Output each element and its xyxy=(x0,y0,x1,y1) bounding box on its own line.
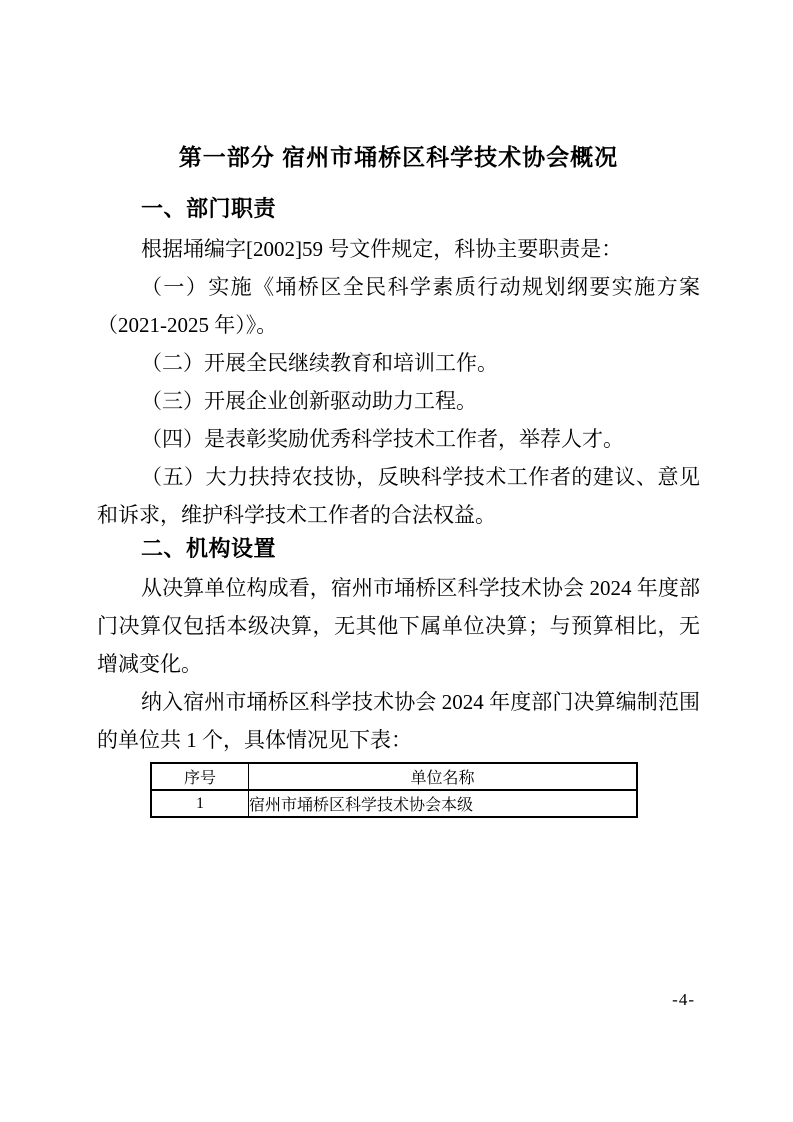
document-title: 第一部分 宿州市埇桥区科学技术协会概况 xyxy=(97,143,700,171)
table-header-seq: 序号 xyxy=(151,763,249,790)
paragraph-duty-2: （二）开展全民继续教育和培训工作。 xyxy=(97,344,700,382)
page-number: -4- xyxy=(672,989,695,1011)
paragraph-duties-intro: 根据埇编字[2002]59 号文件规定，科协主要职责是： xyxy=(97,230,700,268)
paragraph-duty-4: （四）是表彰奖励优秀科学技术工作者，举荐人才。 xyxy=(97,420,700,458)
paragraph-structure-1: 从决算单位构成看，宿州市埇桥区科学技术协会 2024 年度部门决算仅包括本级决算… xyxy=(97,569,700,683)
paragraph-duty-3: （三）开展企业创新驱动助力工程。 xyxy=(97,382,700,420)
table-row: 1 宿州市埇桥区科学技术协会本级 xyxy=(151,790,637,817)
document-page: 第一部分 宿州市埇桥区科学技术协会概况 一、部门职责 根据埇编字[2002]59… xyxy=(0,0,793,1122)
paragraph-structure-2: 纳入宿州市埇桥区科学技术协会 2024 年度部门决算编制范围的单位共 1 个，具… xyxy=(97,683,700,759)
paragraph-duty-1: （一）实施《埇桥区全民科学素质行动规划纲要实施方案（2021-2025 年）》。 xyxy=(97,268,700,344)
section-heading-structure: 二、机构设置 xyxy=(97,536,700,561)
org-unit-table: 序号 单位名称 1 宿州市埇桥区科学技术协会本级 xyxy=(150,762,638,818)
section-heading-duties: 一、部门职责 xyxy=(97,196,700,221)
table-header-row: 序号 单位名称 xyxy=(151,763,637,790)
table-header-unit-name: 单位名称 xyxy=(249,763,638,790)
table-cell-unit-name: 宿州市埇桥区科学技术协会本级 xyxy=(249,790,638,817)
paragraph-duty-5: （五）大力扶持农技协，反映科学技术工作者的建议、意见和诉求，维护科学技术工作者的… xyxy=(97,458,700,534)
table-cell-seq: 1 xyxy=(151,790,249,817)
